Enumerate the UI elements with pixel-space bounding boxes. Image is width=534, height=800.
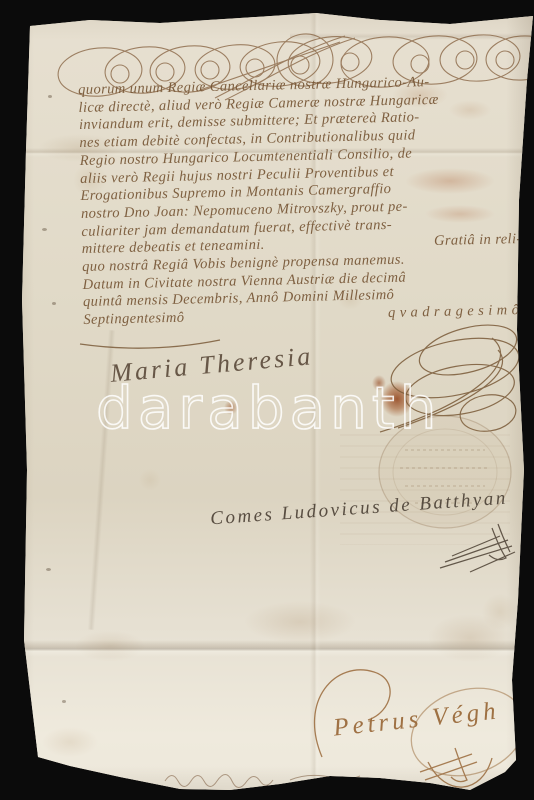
letter-body-text: quorum unum Regiæ Cancellariæ nostræ Hun… <box>78 72 524 330</box>
signature-maria-theresia: Maria Theresia <box>109 341 314 389</box>
seal-showthrough-text <box>340 425 510 545</box>
paper-speck <box>52 302 56 305</box>
photo-of-manuscript: quorum unum Regiæ Cancellariæ nostræ Hun… <box>0 0 534 800</box>
text-line-right: Gratiâ in reli- <box>434 231 522 251</box>
underline-flourish <box>80 340 220 348</box>
ink-stain-large-satellite <box>372 375 386 391</box>
ink-stain-large <box>380 381 414 417</box>
text-line-left: Septingentesimô <box>83 310 184 330</box>
fold-crease-lower <box>0 640 534 657</box>
manuscript-paper: quorum unum Regiæ Cancellariæ nostræ Hun… <box>0 0 534 800</box>
paper-speck <box>48 95 52 98</box>
cutoff-handwriting <box>165 775 360 788</box>
signature-batthyany: Comes Ludovicus de Batthyan <box>210 488 509 531</box>
paper-speck <box>46 568 51 571</box>
paper-speck <box>62 700 66 703</box>
signature-flourish-queen <box>380 316 524 435</box>
signature-flourish-count <box>440 524 515 572</box>
text-line-right: q v a d r a g e s i m ô. <box>388 302 524 323</box>
ink-stain-small <box>224 400 238 415</box>
signature-petrus-vegh: Petrus Végh <box>332 697 501 742</box>
fold-crease-top <box>290 33 534 40</box>
paper-speck <box>42 228 47 231</box>
